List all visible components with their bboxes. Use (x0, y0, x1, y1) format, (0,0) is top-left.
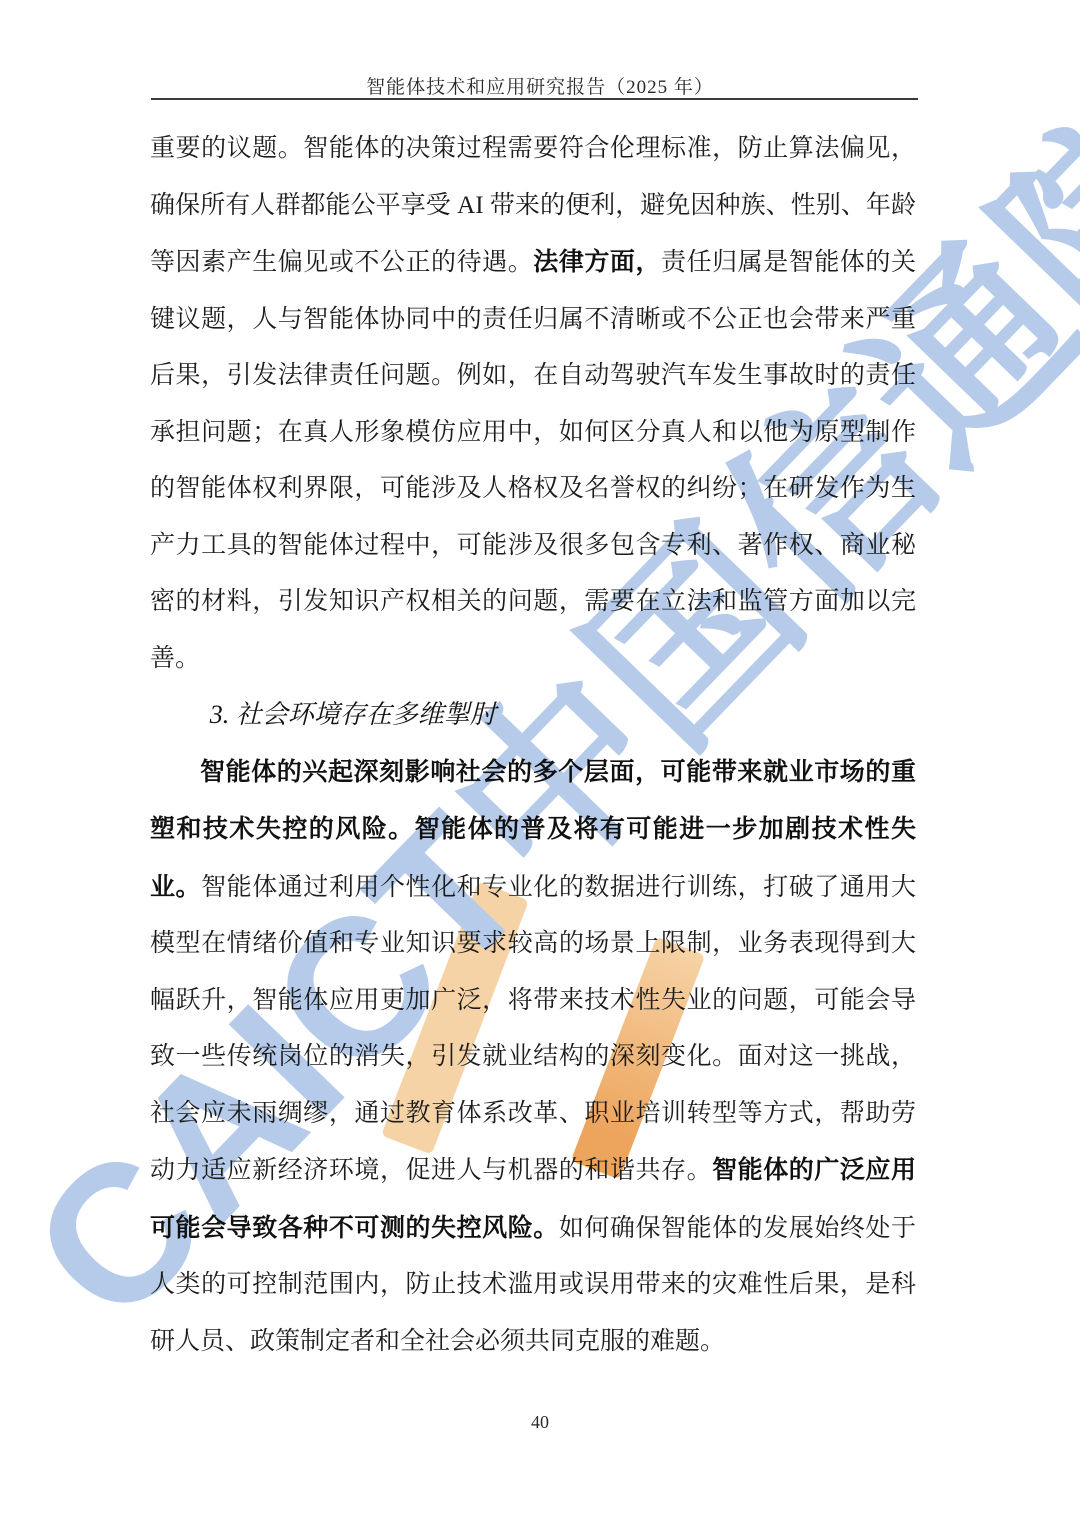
header-rule (151, 98, 918, 100)
document-page: CAICT中国信通院 智能体技术和应用研究报告（2025 年） 重要的议题。智能… (0, 0, 1080, 1527)
page-footer: 40 (0, 1412, 1080, 1433)
report-title: 智能体技术和应用研究报告（2025 年） (0, 72, 1080, 99)
paragraph-social-impact: 智能体的兴起深刻影响社会的多个层面，可能带来就业市场的重塑和技术失控的风险。智能… (150, 744, 916, 1371)
paragraph-ethics-legal: 重要的议题。智能体的决策过程需要符合伦理标准，防止算法偏见，确保所有人群都能公平… (150, 121, 916, 687)
text-run: 责任归属是智能体的关键议题，人与智能体协同中的责任归属不清晰或不公正也会带来严重… (150, 249, 916, 672)
page-number: 40 (531, 1412, 549, 1432)
page-body: 重要的议题。智能体的决策过程需要符合伦理标准，防止算法偏见，确保所有人群都能公平… (150, 121, 916, 1370)
text-run: 智能体通过利用个性化和专业化的数据进行训练，打破了通用大模型在情绪价值和专业知识… (150, 874, 916, 1185)
bold-text-run: 法律方面， (533, 248, 661, 276)
section-heading-3: 3. 社会环境存在多维掣肘 (150, 687, 916, 744)
